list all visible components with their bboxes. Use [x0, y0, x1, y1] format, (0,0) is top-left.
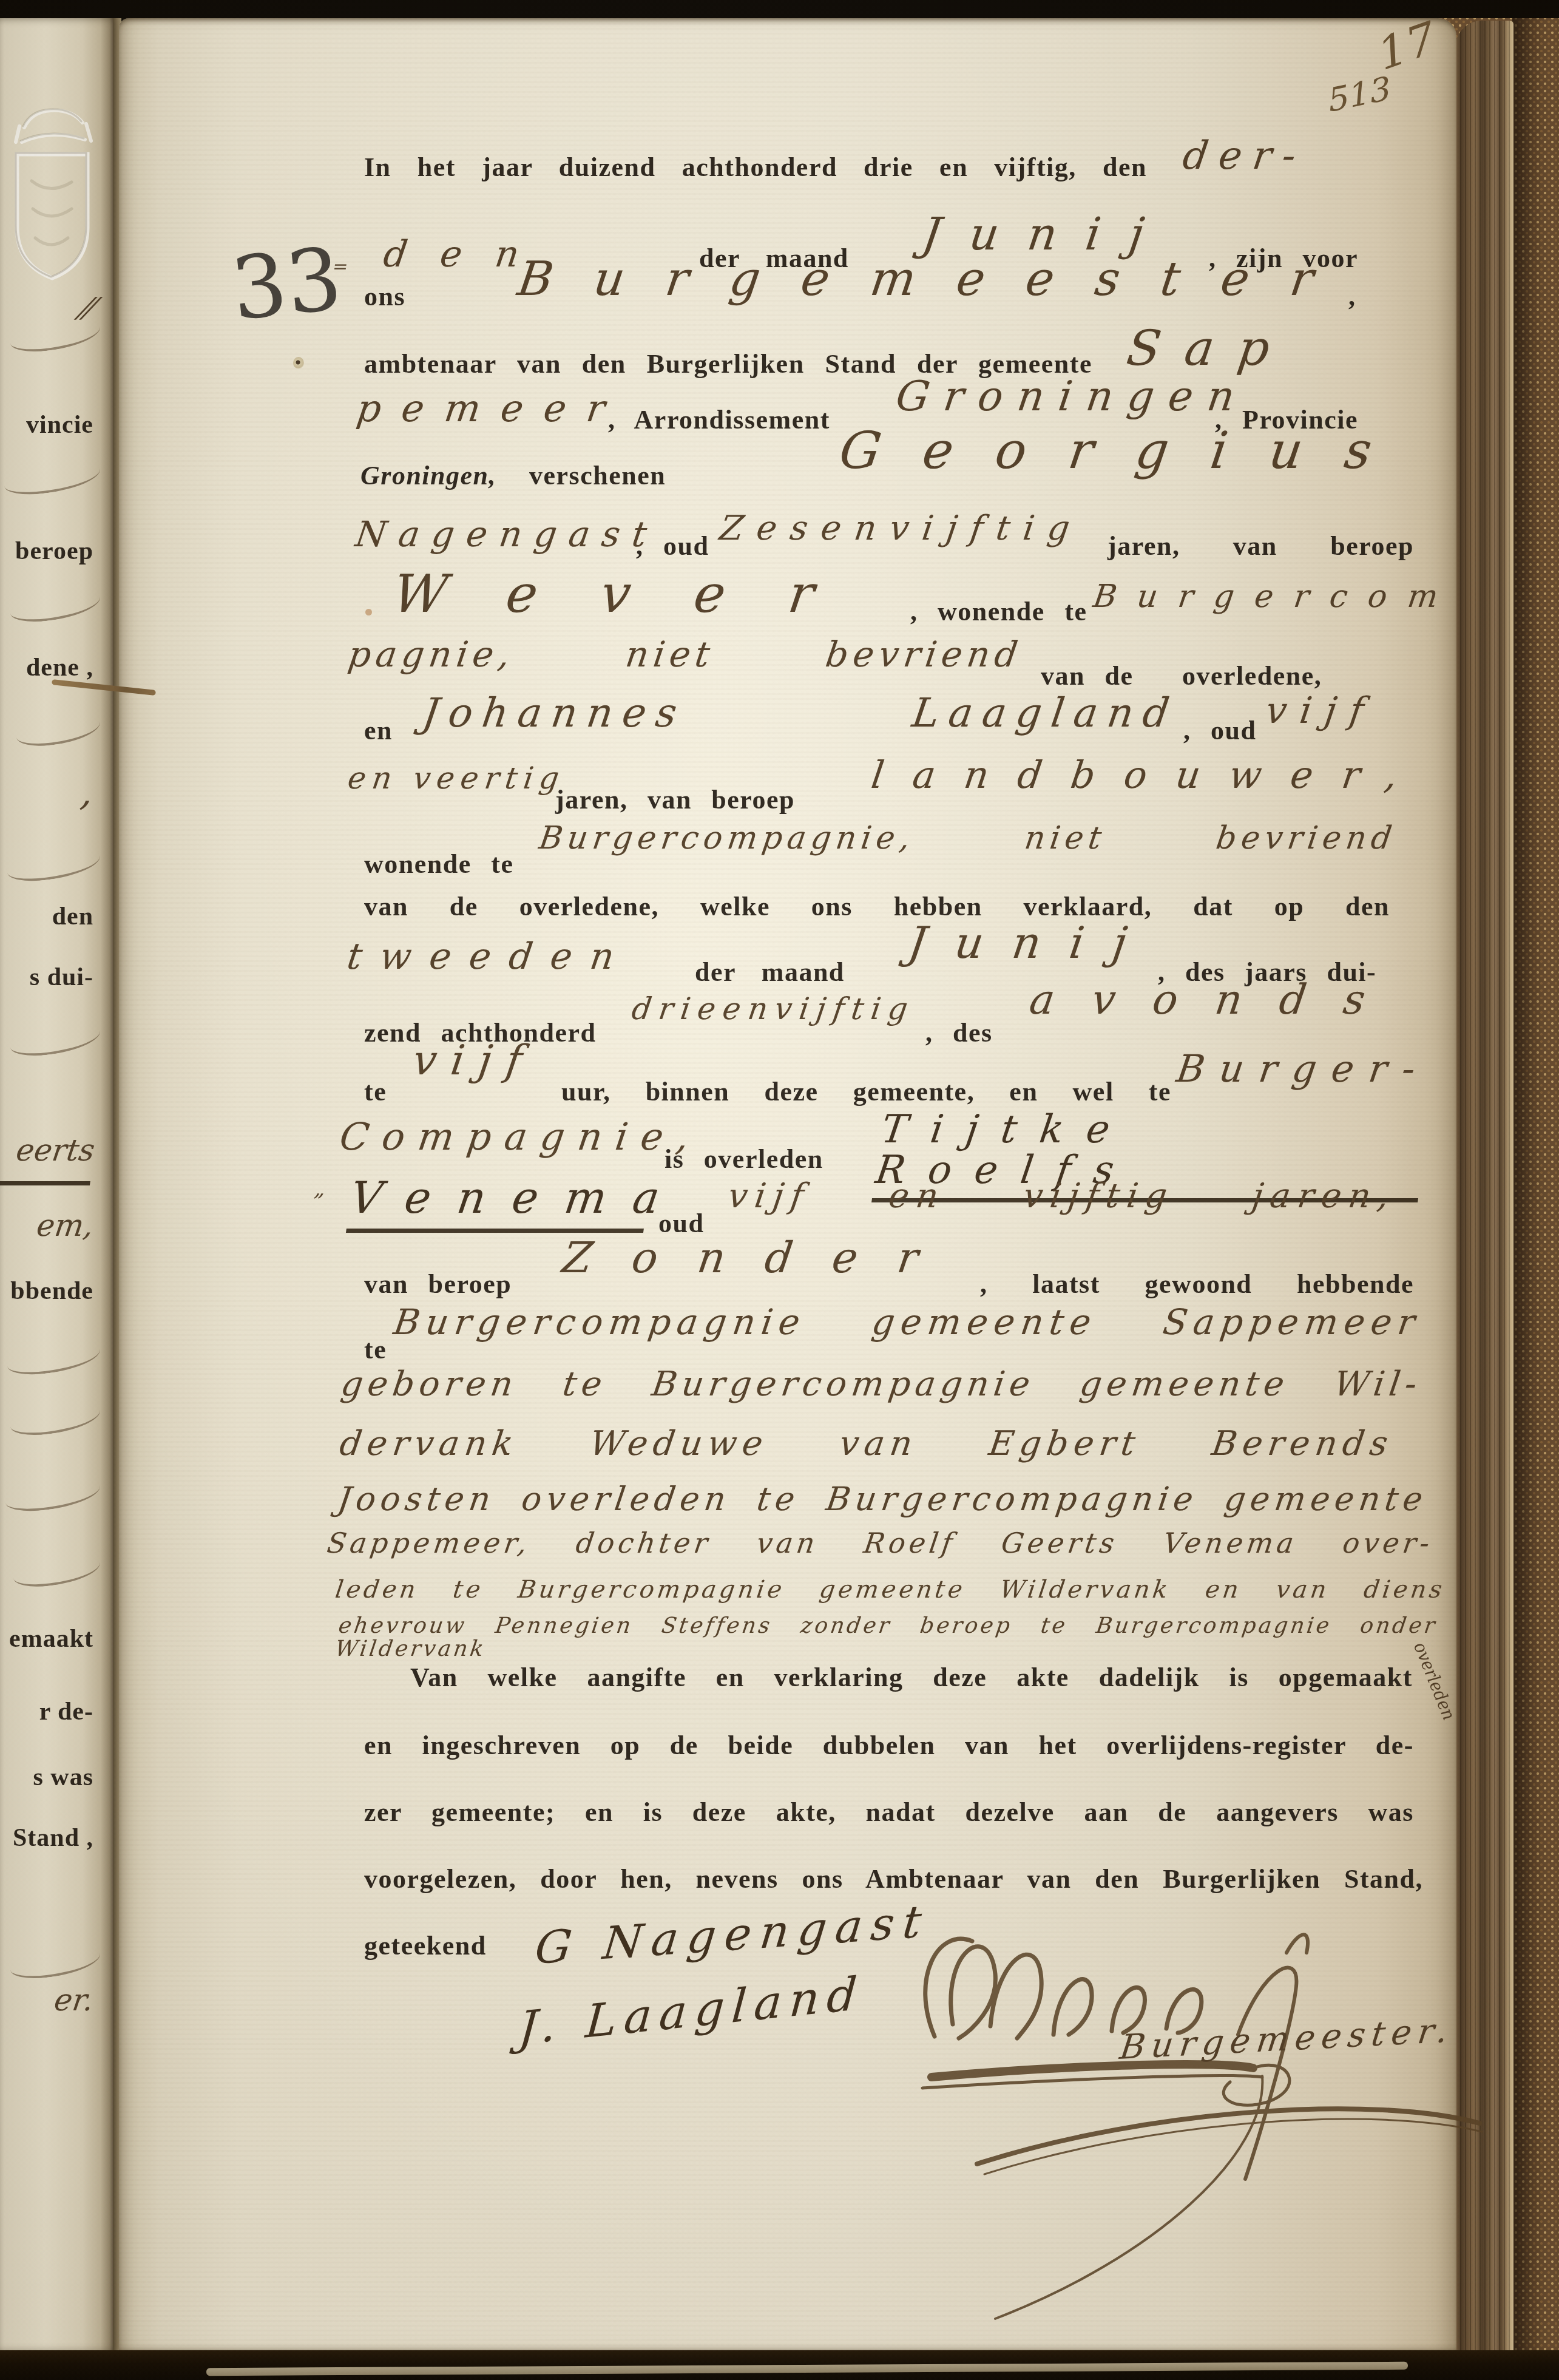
form-text-declaration: van de overledene, welke ons hebben verk…	[364, 892, 1390, 921]
entry-deceased-father: Sappemeer, dochter van Roelf Geerts Vene…	[325, 1528, 1435, 1558]
entry-declarant1-surname: Nagengast	[353, 516, 661, 553]
entry-deceased-father-death: leden te Burgercompagnie gemeente Wilder…	[334, 1577, 1447, 1602]
entry-arrondissement: Groningen	[893, 375, 1252, 418]
certificate-content: 17 513 33 In het jaar duizend achthonder…	[0, 0, 1559, 2380]
entry-deceased-occupation: Zonder	[560, 1236, 961, 1281]
form-text-closing-2: en ingeschreven op de beide dubbelen van…	[364, 1731, 1414, 1760]
form-text-oud2: , oud	[1183, 716, 1256, 745]
entry-death-month: Junij	[905, 920, 1159, 966]
act-number: 33	[228, 236, 346, 333]
entry-deceased-spouse-death: Joosten overleden te Burgercompagnie gem…	[336, 1482, 1430, 1517]
page-number-annotation: 17	[1373, 15, 1441, 78]
form-text-jaren-beroep: jaren, van beroep	[1108, 532, 1414, 561]
signature-declarant-1: G Nagengast	[533, 1898, 932, 1972]
form-text-der-maand2: der maand	[695, 958, 845, 987]
entry-declaration-day-part1: der-	[1180, 136, 1310, 177]
form-text-jaren-beroep2: jaren, van beroep	[555, 785, 795, 815]
entry-declarant2-age-part1: vijf	[1263, 692, 1379, 730]
signature-sweep-echo	[984, 2119, 1482, 2174]
signature-flourish-loops	[925, 1939, 1202, 2038]
entry-death-place-part1: Burger-	[1174, 1049, 1433, 1088]
entry-death-place-part2: Compagnie,	[337, 1117, 705, 1156]
wormhole	[293, 357, 304, 369]
entry-deceased-residence: Burgercompagnie gemeente Sappemeer	[391, 1304, 1424, 1341]
entry-declarant2-age-part2: en veertig	[346, 762, 567, 795]
form-text-year-line: In het jaar duizend achthonderd drie en …	[364, 153, 1147, 182]
form-text-geteekend: geteekend	[364, 1931, 487, 1961]
form-text-wonende-te: , wonende te	[910, 597, 1087, 626]
entry-declarant1-age: Zesenvijftig	[717, 511, 1085, 547]
entry-deceased-widow-of: dervank Weduwe van Egbert Berends	[337, 1426, 1395, 1462]
ink-stain	[365, 609, 372, 615]
form-text-ons: ons	[364, 282, 405, 311]
form-text-arrondissement: , Arrondissement	[608, 405, 830, 435]
form-text-laatst-gewoond: , laatst gewoond hebbende	[980, 1270, 1414, 1299]
entry-death-day: tweeden	[345, 938, 635, 976]
form-text-verschenen: verschenen	[529, 461, 666, 490]
burgemeester-signature	[898, 1894, 1517, 2355]
form-text-province-name: Groningen,	[360, 461, 496, 490]
form-text-wonende2: wonende te	[364, 850, 513, 879]
entry-declarant1-firstname: Georgius	[836, 424, 1418, 477]
entry-official-title: Burgemeester	[515, 255, 1358, 305]
signature-declarant-2: J. Laagland	[517, 1969, 866, 2053]
folio-stamp-annotation: 513	[1327, 72, 1393, 118]
entry-declarant1-occupation: Wever	[390, 567, 882, 622]
form-text-van-de: van de	[1041, 662, 1133, 691]
form-text-oud: , oud	[636, 532, 709, 561]
form-text-closing-4: voorgelezen, door hen, nevens ons Ambten…	[364, 1865, 1423, 1894]
form-text-closing-1: Van welke aangifte en verklaring deze ak…	[410, 1663, 1413, 1692]
entry-deceased-surname: Venema	[346, 1175, 651, 1233]
insertion-mark: =	[331, 257, 350, 277]
form-text-van-beroep3: van beroep	[364, 1270, 512, 1299]
entry-declarant2-residence: Burgercompagnie, niet bevriend	[537, 822, 1399, 855]
entry-deceased-mother: ehevrouw Pennegien Steffens zonder beroe…	[334, 1615, 1439, 1661]
insertion-mark-2: „	[313, 1179, 327, 1201]
entry-declarant2-name: Johannes Laagland	[420, 692, 1182, 734]
entry-deceased-birthplace: geboren te Burgercompagnie gemeente Wil-	[339, 1367, 1424, 1403]
form-text-overledene: overledene,	[1182, 662, 1322, 691]
form-text-te2: te	[364, 1335, 387, 1365]
entry-deceased-mother-tail: overleden	[1410, 1639, 1458, 1723]
entry-death-year: drieenvijftig	[630, 993, 917, 1025]
form-text-te: te	[364, 1077, 387, 1107]
entry-death-time-of-day: avonds	[1027, 978, 1405, 1022]
entry-deceased-age: vijf en vijftig jaren,	[726, 1179, 1398, 1215]
form-text-is-overleden: is overleden	[665, 1145, 823, 1174]
entry-declarant1-residence-part1: Burgercom	[1091, 580, 1461, 614]
register-book-photo: ⁄⁄ vincie beroep dene , , den s dui- eer…	[0, 0, 1559, 2380]
form-text-en: en	[364, 716, 393, 745]
form-text-comma: ,	[1348, 282, 1356, 311]
entry-death-hour: vijf	[410, 1039, 539, 1082]
entry-declarant1-residence-part2: pagnie, niet bevriend	[346, 636, 1025, 673]
entry-municipality-part1: Sap	[1124, 323, 1297, 374]
form-text-binnen-gemeente: uur, binnen deze gemeente, en wel te	[561, 1077, 1171, 1107]
signature-descender-stroke	[995, 2076, 1262, 2319]
form-text-des: , des	[925, 1019, 993, 1048]
entry-declarant2-occupation: landbouwer,	[869, 755, 1429, 795]
form-text-closing-3: zer gemeente; en is deze akte, nadat dez…	[364, 1798, 1414, 1827]
entry-municipality-part2: pemeer	[354, 388, 628, 428]
